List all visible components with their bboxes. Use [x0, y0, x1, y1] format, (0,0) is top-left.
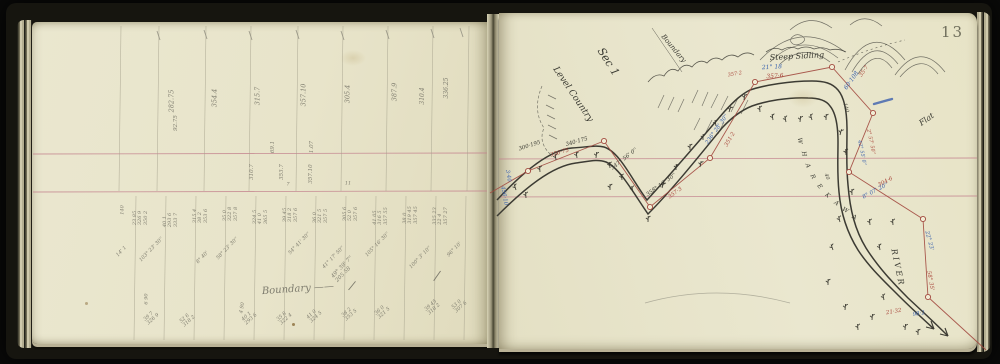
left-page: [32, 22, 487, 344]
paper-stain: [788, 88, 818, 108]
paper-speck: [292, 323, 295, 326]
book-gutter: [487, 14, 499, 348]
left-page-edges: [17, 20, 32, 348]
notebook-photo: 13 282.7592.75354.4315.7357.10305.4387.9…: [0, 0, 1000, 364]
paper-speck: [85, 302, 88, 305]
right-page-edges: [976, 12, 991, 352]
right-page: [499, 13, 977, 349]
paper-stain: [340, 50, 366, 66]
